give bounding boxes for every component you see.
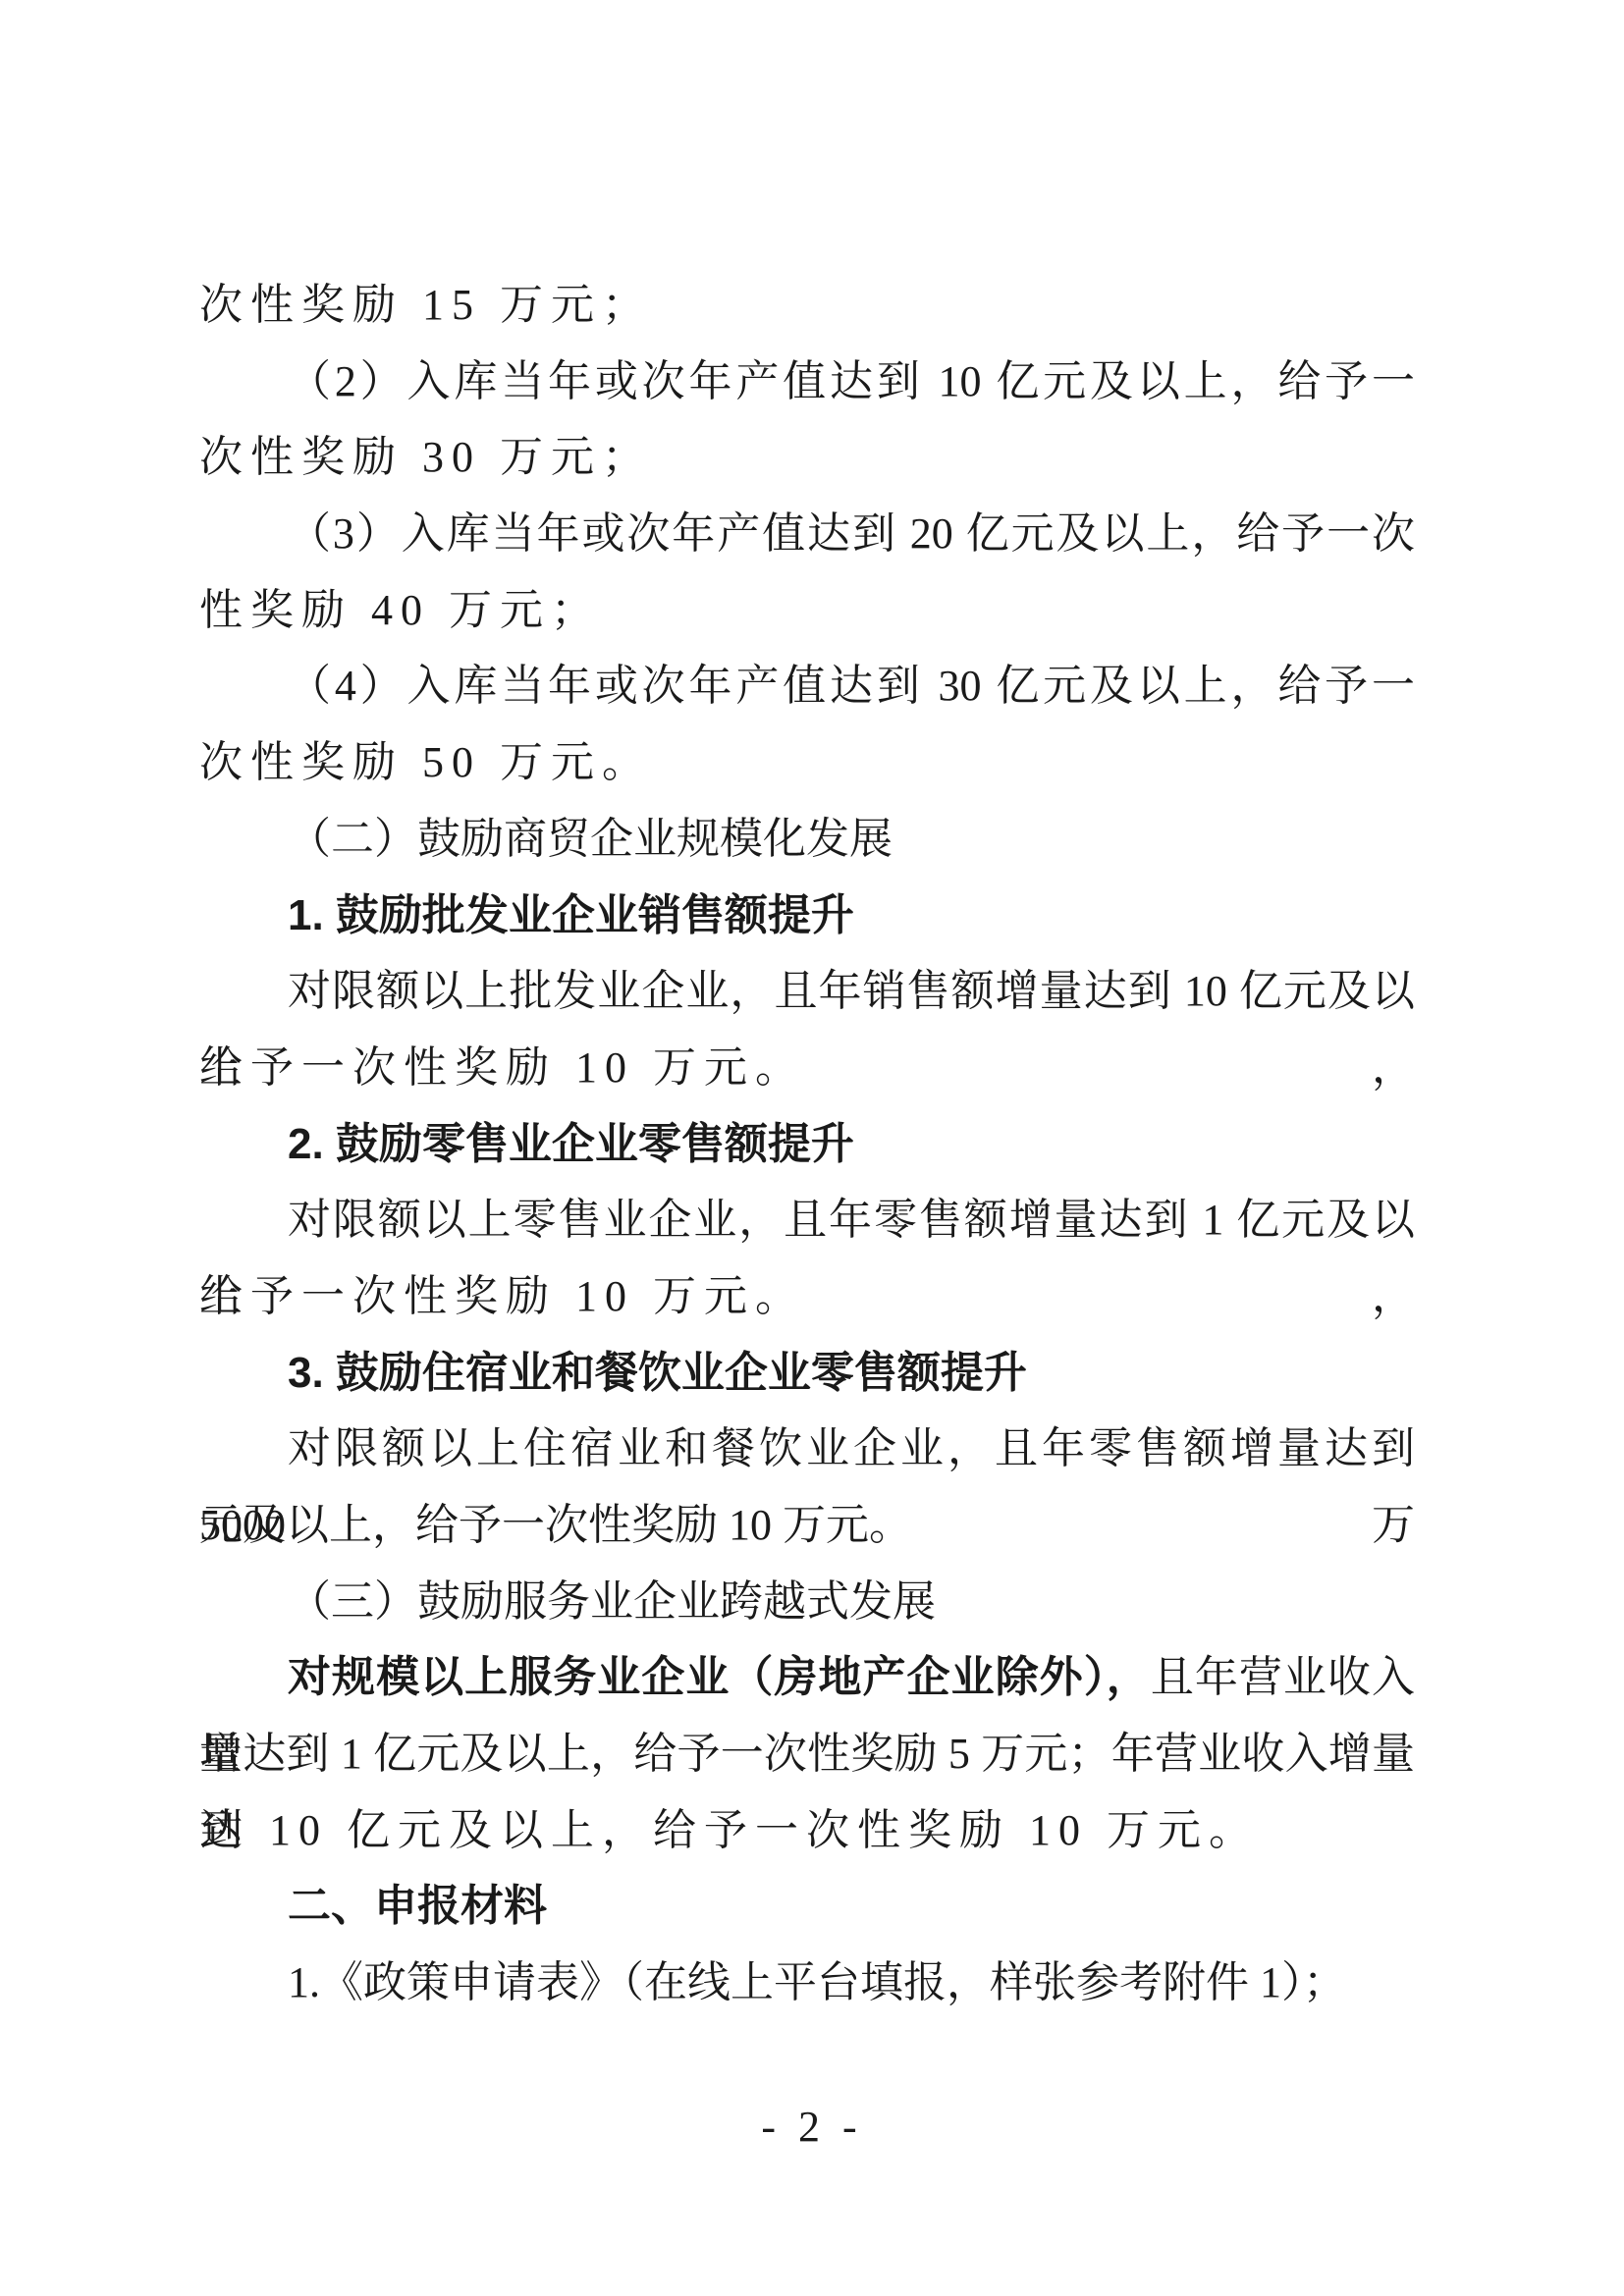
paragraph-start-line: 对限额以上批发业企业，且年销售额增量达到 10 亿元及以上， <box>199 953 1415 1030</box>
bold-text-segment: 对规模以上服务业企业（房地产企业除外）， <box>288 1653 1151 1701</box>
body-line: 次性奖励 50 万元。 <box>199 724 1415 801</box>
body-line: 次性奖励 30 万元； <box>199 419 1415 496</box>
section-heading: （二）鼓励商贸企业规模化发展 <box>199 801 1415 878</box>
paragraph-start-line: 对限额以上零售业企业，且年零售额增量达到 1 亿元及以上， <box>199 1182 1415 1258</box>
numbered-heading: 3. 鼓励住宿业和餐饮业企业零售额提升 <box>199 1335 1415 1412</box>
paragraph-start-line: （2）入库当年或次年产值达到 10 亿元及以上，给予一 <box>199 344 1415 420</box>
page: 次性奖励 15 万元；（2）入库当年或次年产值达到 10 亿元及以上，给予一次性… <box>0 0 1624 2296</box>
paragraph-start-line: （4）入库当年或次年产值达到 30 亿元及以上，给予一 <box>199 648 1415 724</box>
section-heading: （三）鼓励服务业企业跨越式发展 <box>199 1564 1415 1640</box>
paragraph-start-line: 对限额以上住宿业和餐饮业企业，且年零售额增量达到 5000 万 <box>199 1411 1415 1487</box>
body-line: 次性奖励 15 万元； <box>199 267 1415 344</box>
body-line: 到 10 亿元及以上，给予一次性奖励 10 万元。 <box>199 1792 1415 1869</box>
major-heading: 二、申报材料 <box>199 1868 1415 1945</box>
paragraph-start-line: 对规模以上服务业企业（房地产企业除外），且年营业收入增 <box>199 1639 1415 1716</box>
text-block: 次性奖励 15 万元；（2）入库当年或次年产值达到 10 亿元及以上，给予一次性… <box>199 267 1415 2021</box>
numbered-heading: 2. 鼓励零售业企业零售额提升 <box>199 1106 1415 1183</box>
page-number: - 2 - <box>0 2089 1624 2165</box>
paragraph-start-line: （3）入库当年或次年产值达到 20 亿元及以上，给予一次 <box>199 496 1415 572</box>
body-line: 量达到 1 亿元及以上，给予一次性奖励 5 万元；年营业收入增量达 <box>199 1716 1415 1792</box>
numbered-heading: 1. 鼓励批发业企业销售额提升 <box>199 878 1415 954</box>
paragraph-start-line: 1.《政策申请表》（在线上平台填报，样张参考附件 1）； <box>199 1945 1415 2021</box>
body-line: 性奖励 40 万元； <box>199 572 1415 649</box>
